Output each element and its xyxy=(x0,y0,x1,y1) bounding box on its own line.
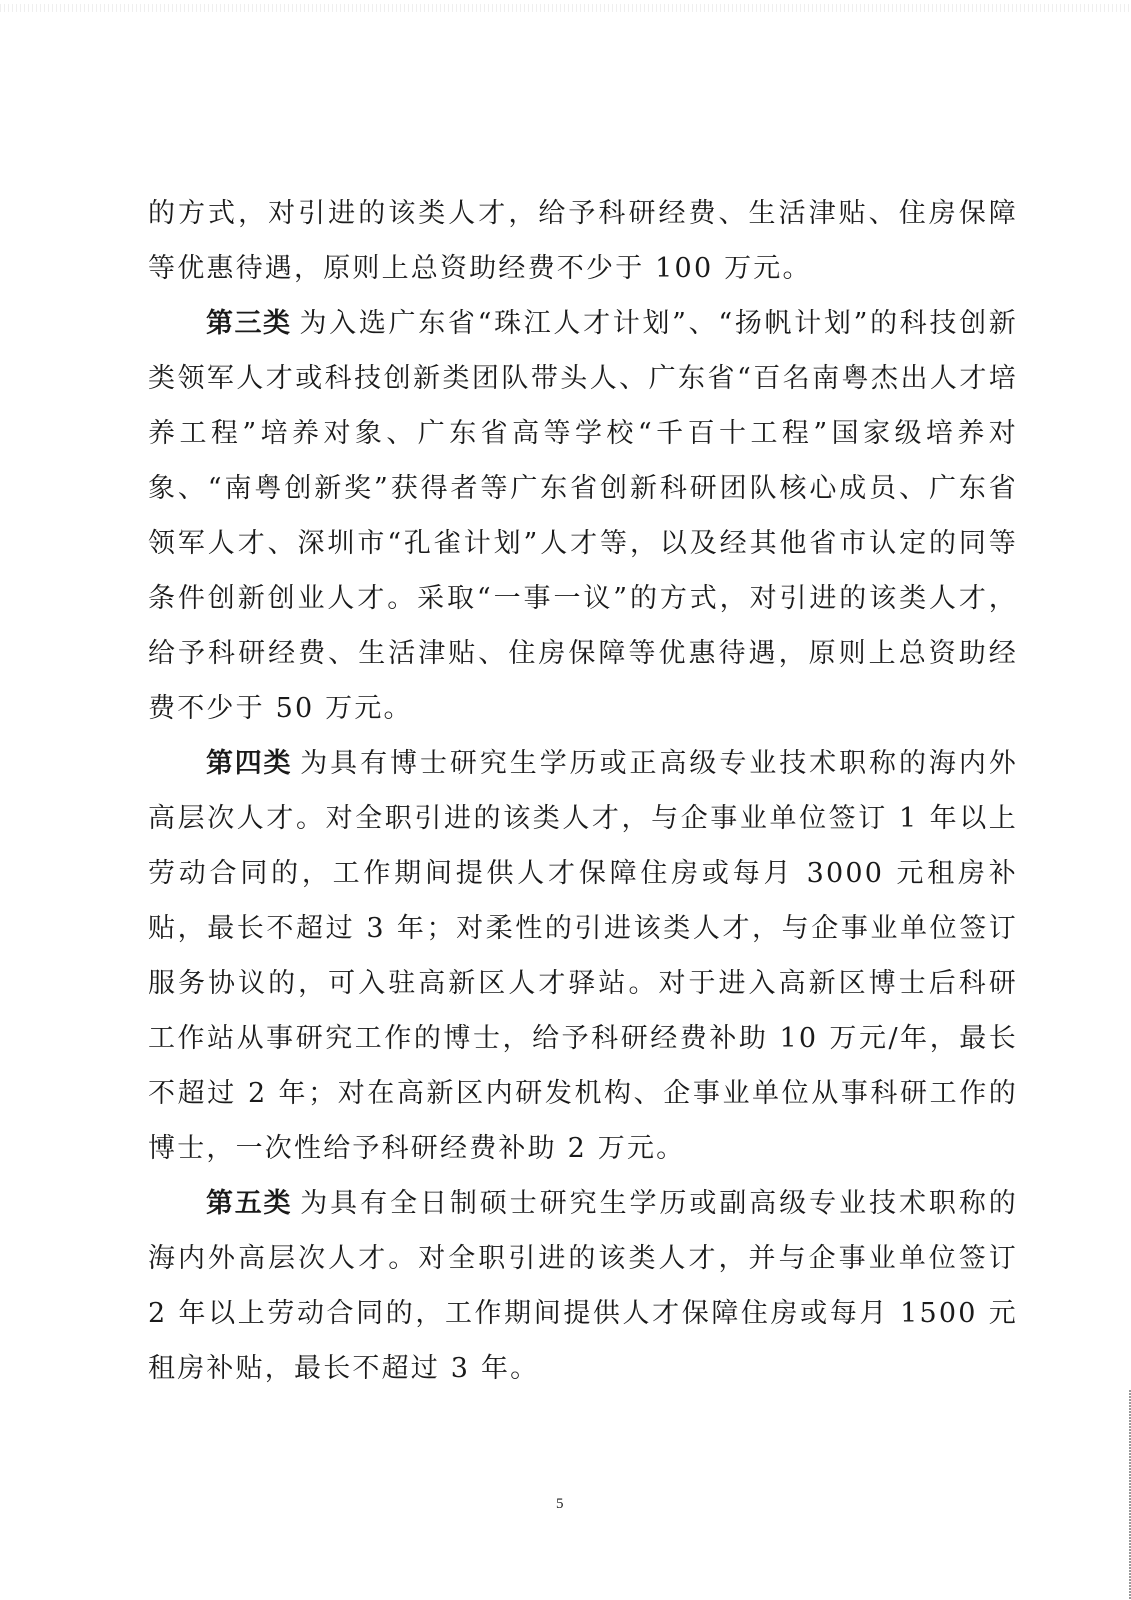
paragraph-continuation: 的方式，对引进的该类人才，给予科研经费、生活津贴、住房保障等优惠待遇，原则上总资… xyxy=(148,186,1018,296)
paragraph-text: 的方式，对引进的该类人才，给予科研经费、生活津贴、住房保障等优惠待遇，原则上总资… xyxy=(148,198,1018,284)
page-number: 5 xyxy=(556,1496,564,1513)
paragraph-category-3: 第三类为入选广东省“珠江人才计划”、“扬帆计划”的科技创新类领军人才或科技创新类… xyxy=(148,296,1018,736)
scan-noise-top xyxy=(0,4,1131,12)
document-page: 的方式，对引进的该类人才，给予科研经费、生活津贴、住房保障等优惠待遇，原则上总资… xyxy=(148,186,1018,1396)
paragraph-category-4: 第四类为具有博士研究生学历或正高级专业技术职称的海内外高层次人才。对全职引进的该… xyxy=(148,736,1018,1176)
category-label: 第五类 xyxy=(206,1188,292,1219)
paragraph-category-5: 第五类为具有全日制硕士研究生学历或副高级专业技术职称的海内外高层次人才。对全职引… xyxy=(148,1176,1018,1396)
category-label: 第四类 xyxy=(206,748,292,779)
paragraph-text: 为入选广东省“珠江人才计划”、“扬帆计划”的科技创新类领军人才或科技创新类团队带… xyxy=(148,308,1018,724)
category-label: 第三类 xyxy=(206,308,291,339)
paragraph-text: 为具有博士研究生学历或正高级专业技术职称的海内外高层次人才。对全职引进的该类人才… xyxy=(148,748,1018,1164)
